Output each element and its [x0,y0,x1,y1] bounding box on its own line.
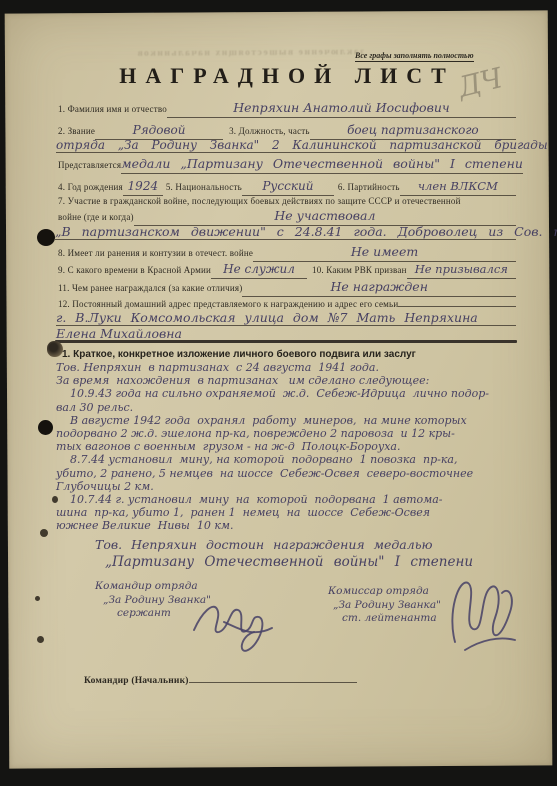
paper-speck [35,596,40,601]
field-6-value: член ВЛКСМ [418,179,498,193]
field-1-value: Непряхин Анатолий Иосифович [233,100,449,115]
document-title: НАГРАДНОЙ ЛИСТ [17,63,557,89]
field-8-value: Не имеет [351,244,418,259]
field-10-label: 10. Каким РВК призван [312,265,407,275]
commander-signature [188,586,278,656]
field-5-label: 5. Национальность [166,182,242,192]
presented-for-line: медали „Партизану Отечественной войны" I… [121,155,523,174]
field-7-label-line1: 7. Участие в гражданской войне, последую… [58,196,461,206]
field-12-line [398,295,516,307]
field-12-address-row: г. В.Луки Комсомольская улица дом №7 Мат… [56,310,516,326]
field-4-value: 1924 [128,179,159,193]
field-9-line: Не служил [211,260,307,279]
paper-speck [40,529,48,537]
field-5-line: Русский [242,177,334,196]
field-6-line: член ВЛКСМ [400,177,516,196]
presented-for-label: Представляется [58,160,121,170]
field-1-line: Непряхин Анатолий Иосифович [167,99,516,118]
scanned-award-document: { "colors":{ "background":"#141412", "pa… [0,0,557,786]
field-11-label: 11. Чем ранее награждался (за какие отли… [58,283,242,293]
field-4-5-6-row: 4. Год рождения 1924 5. Национальность Р… [58,177,516,196]
field-12-address-line1: г. В.Луки Комсомольская улица дом №7 Мат… [56,310,478,325]
field-2-label: 2. Звание [58,126,95,136]
field-9-label: 9. С какого времени в Красной Армии [58,265,211,275]
section-divider-rule [55,340,517,343]
field-7-label-line2: войне (где и когда) [58,212,134,222]
field-6-label: 6. Партийность [338,182,400,192]
field-12-label: 12. Постоянный домашний адрес представля… [58,299,398,309]
feat-description-text: Тов. Непряхин в партизанах с 24 августа … [56,361,522,533]
commissar-caption: Комиссар отряда „За Родину Званка" ст. л… [328,585,441,626]
field-3-continued-row: отряда „За Родину Званка" 2 Калининской … [56,138,516,153]
field-4-line: 1924 [123,177,163,196]
field-7-extra-value: „В партизанском движении" с 24.8.41 года… [55,224,557,239]
field-5-value: Русский [262,179,313,193]
field-12-row: 12. Постоянный домашний адрес представля… [58,295,516,309]
footer-commander-label: Командир (Начальник) [84,676,189,686]
commissar-unit: „За Родину Званка" [328,599,441,613]
footer-signature-line [189,682,357,683]
presented-for-row: Представляется медали „Партизану Отечест… [58,155,516,174]
commissar-role: Комиссар отряда [328,585,441,599]
presented-for-value: медали „Партизану Отечественной войны" I… [121,156,523,171]
field-9-10-row: 9. С какого времени в Красной Армии Не с… [58,260,516,279]
commissar-signature [443,570,521,658]
paper-speck [37,636,44,643]
footer-commander-row: Командир (Начальник) [84,676,357,686]
field-1-row: 1. Фамилия имя и отчество Непряхин Анато… [58,99,516,118]
field-9-value: Не служил [223,262,295,276]
field-1-label: 1. Фамилия имя и отчество [58,104,167,114]
fill-all-fields-note: Все графы заполнять полностью [355,51,474,62]
field-4-label: 4. Год рождения [58,182,123,192]
field-3-label: 3. Должность, часть [229,126,310,136]
field-8-label: 8. Имеет ли ранения и контузии в отечест… [58,248,253,258]
field-12-address-line2: Елена Михайловна [56,326,182,341]
torn-hole [47,341,63,357]
field-2-value: Рядовой [133,123,186,137]
field-7-value: Не участвовал [274,208,375,223]
field-10-value: Не призывался [415,262,508,276]
field-11-value: Не награжден [330,279,428,294]
field-7-extra-row: „В партизанском движении" с 24.8.41 года… [55,224,516,240]
punch-hole [38,420,53,435]
conclusion-line2: „Партизану Отечественной войны" I степен… [105,554,473,570]
field-10-line: Не призывался [407,260,516,279]
paper-speck [52,496,58,503]
field-3-value-part1: боец партизанского [347,123,479,137]
commissar-rank: ст. лейтенанта [328,612,441,626]
conclusion-line1: Тов. Непряхин достоин награждения медаль… [95,537,433,552]
punch-hole [37,229,55,246]
section-1-header: 1. Краткое, конкретное изложение личного… [62,349,416,360]
field-3-value-part2: отряда „За Родину Званка" 2 Калининской … [56,138,548,152]
